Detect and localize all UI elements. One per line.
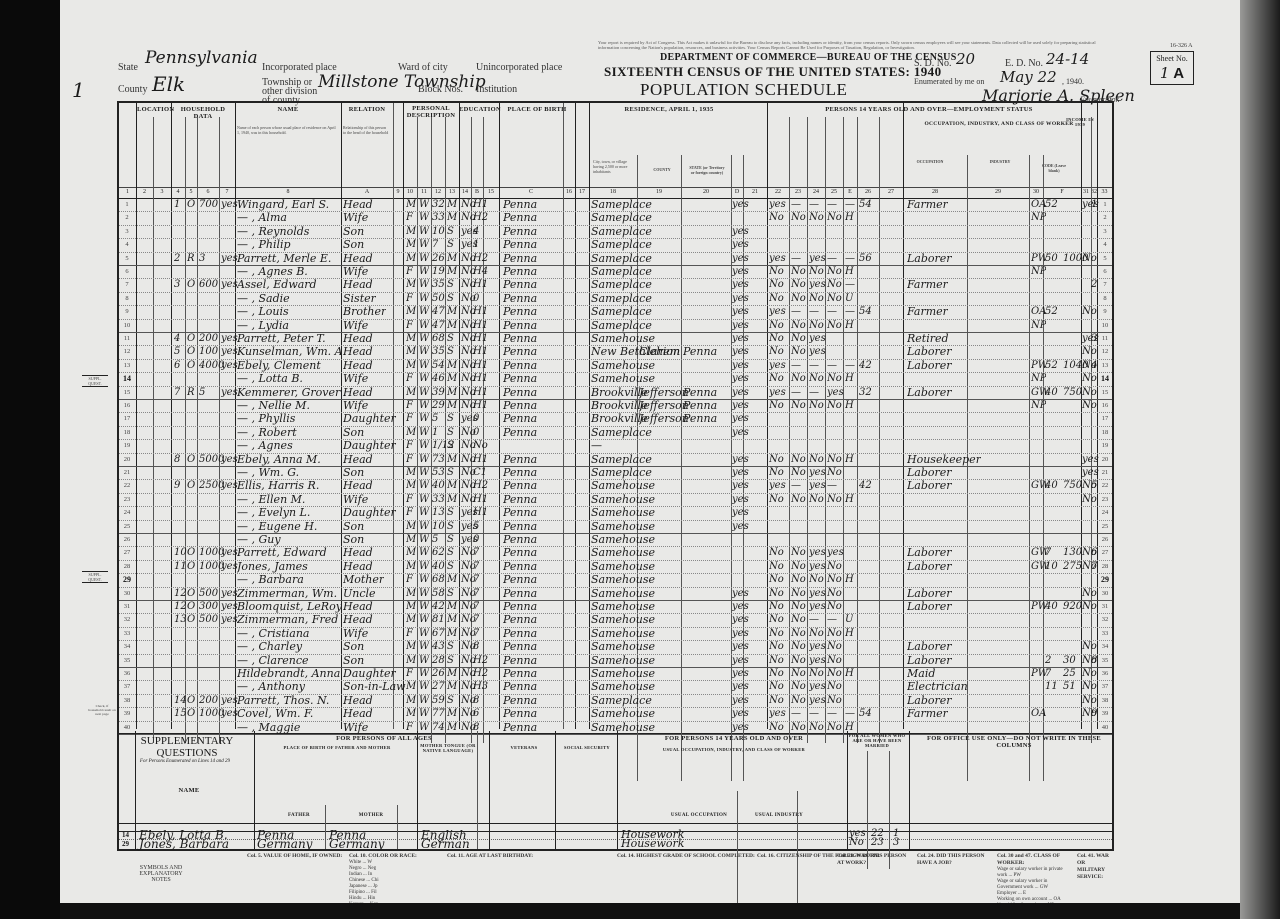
line-number: 39 [119,707,135,720]
line-number: 1 [1097,198,1113,211]
column-number: 3 [153,189,171,195]
cell-farm: yes [221,345,238,358]
line-number: 37 [119,680,135,693]
cell-activity: H [845,493,854,506]
cell-residence: Sameplace [591,198,652,211]
cell-relation: Head [343,345,373,358]
person-name: — , Barbara [237,573,341,586]
cell-race: W [419,292,429,305]
column-number: 8 [235,189,341,195]
cell-family-number: 5 [1091,479,1097,492]
cell-relation: Head [343,278,373,291]
supp-name-head: NAME [149,787,229,794]
cell-pw: yes [809,560,826,573]
table-row: 2929— , BarbaraMotherFW68MNo7PennaSameho… [119,573,1112,587]
cell-sex: M [406,587,416,600]
cell-birth: Penna [503,694,537,707]
cell-house: 9 [174,479,180,492]
cell-hours: 32 [859,386,872,399]
line-number: 10 [119,319,135,332]
cell-work: yes [769,198,786,211]
line-number: 21 [119,466,135,479]
supp-father-head: FATHER [279,813,319,818]
cell-birth: Penna [503,278,537,291]
cell-residence: Samehouse [591,506,655,519]
cell-race: W [419,439,429,452]
cell-class: NP [1031,265,1046,278]
cell-res-state: Penna [683,412,717,425]
column-number: 6 [197,189,219,195]
cell-relation: Wife [343,211,368,224]
cell-work: No [769,345,784,358]
line-number: 19 [1097,439,1113,452]
cell-race: W [419,372,429,385]
cell-onfarm: yes [732,600,749,613]
cell-seek: No [791,694,806,707]
relation-instructions: Relationship of this person to the head … [343,125,389,135]
cell-occupation: Maid [907,667,935,680]
cell-work: yes [769,359,786,372]
cell-residence: Samehouse [591,332,655,345]
cell-sex: F [406,292,413,305]
cell-marital: S [447,533,454,546]
cell-birth: Penna [503,573,537,586]
cell-sex: M [406,533,416,546]
cell-onfarm: yes [732,198,749,211]
cell-grade: No [473,439,488,452]
supp-married-once: No [849,837,864,848]
ward-label: Ward of city [398,62,448,73]
cell-weeks: 40 [1045,386,1058,399]
residence-county-head: COUNTY [647,167,677,172]
check-note: Check, if household result on next page [88,704,116,716]
person-name: Wingard, Earl S. [237,198,341,211]
cell-age: 10 [432,520,445,533]
cell-age: 42 [432,600,445,613]
cell-marital: M [447,600,457,613]
table-row: 1919— , AgnesDaughterFW1/12SNoNo— [119,439,1112,453]
cell-marital: S [447,694,454,707]
cell-weeks: 52 [1045,305,1058,318]
line-number: 32 [1097,613,1113,626]
cell-has-job: — [827,359,837,372]
cell-grade: 7 [473,587,479,600]
cell-onfarm: yes [732,345,749,358]
cell-residence: Samehouse [591,479,655,492]
cell-relation: Daughter [343,506,396,519]
column-number: F [1043,189,1081,195]
cell-age: 19 [432,265,445,278]
line-number: 3 [119,225,135,238]
cell-pw: yes [809,466,826,479]
cell-relation: Head [343,359,373,372]
cell-sex: F [406,372,413,385]
cell-race: W [419,265,429,278]
cell-relation: Head [343,453,373,466]
cell-house: 7 [174,386,180,399]
cell-age: 46 [432,372,445,385]
cell-seek: No [791,453,806,466]
cell-occupation: Electrician [907,680,968,693]
cell-relation: Head [343,707,373,720]
cell-owned: O [187,479,195,492]
section-location: LOCATION [137,106,171,113]
cell-has-job: No [827,654,842,667]
cell-pw: — [809,707,819,720]
cell-birth: Penna [503,479,537,492]
cell-marital: M [447,573,457,586]
cell-value: 5 [199,386,205,399]
cell-race: W [419,225,429,238]
section-household: HOUSEHOLD DATA [171,106,235,120]
table-row: 2020Ebely, Anna M.8O5000yesHeadFW73MNoH1… [119,453,1112,467]
column-number: 17 [575,189,589,195]
cell-seek: — [791,305,801,318]
cell-birth: Penna [503,252,537,265]
cell-race: W [419,412,429,425]
cell-work: No [769,372,784,385]
cell-race: W [419,533,429,546]
cell-race: W [419,707,429,720]
column-number: 25 [825,189,843,195]
cell-marital: S [447,278,454,291]
year-suffix: , 1940. [1062,77,1084,86]
line-number: 7 [119,278,135,291]
table-row: 88— , SadieSisterFW50SNo0PennaSameplacey… [119,292,1112,306]
cell-race: W [419,453,429,466]
column-number: A [341,189,393,195]
line-number: 36 [1097,667,1113,680]
supplementary-title: SUPPLEMENTARY QUESTIONS [137,735,237,759]
column-number: 1 [119,189,136,195]
cell-race: W [419,627,429,640]
person-name: Parrett, Edward [237,546,341,559]
cell-res-state: Penna [683,345,717,358]
line-number: 16 [119,399,135,412]
cell-age: 26 [432,252,445,265]
cell-has-job: — [827,479,837,492]
cell-work: No [769,667,784,680]
cell-onfarm: yes [732,372,749,385]
cell-occupation: Laborer [907,345,952,358]
cell-onfarm: yes [732,506,749,519]
cell-sex: F [406,319,413,332]
note-col14: Col. 14. HIGHEST GRADE OF SCHOOL COMPLET… [617,853,755,860]
cell-onfarm: yes [732,466,749,479]
cell-other: No [1082,252,1097,265]
column-number: 14 [459,189,471,195]
unincorporated-label: Unincorporated place [476,62,562,73]
cell-owned: O [187,560,195,573]
line-number: 34 [119,640,135,653]
cell-occupation: Farmer [907,707,948,720]
cell-pw: No [809,573,824,586]
cell-work: No [769,600,784,613]
line-number: 7 [1097,278,1113,291]
cell-onfarm: yes [732,238,749,251]
cell-has-job: — [827,198,837,211]
cell-sex: F [406,453,413,466]
cell-has-job: No [827,600,842,613]
cell-birth: Penna [503,600,537,613]
cell-residence: Sameplace [591,694,652,707]
cell-activity: H [845,627,854,640]
table-row: 1313Ebely, Clement6O4000yesHeadMW54MNoH1… [119,359,1112,373]
supp-age-first-marriage: 23 [871,837,884,848]
line-number: 31 [119,600,135,613]
cell-other: No [1082,386,1097,399]
cell-has-job: No [827,399,842,412]
class-code: Wage or salary worker in private work ..… [997,867,1071,879]
person-name: — , Anthony [237,680,341,693]
cell-marital: S [447,654,454,667]
line-number: 30 [1097,587,1113,600]
cell-race: W [419,506,429,519]
line-number: 25 [1097,520,1113,533]
cell-work: No [769,560,784,573]
cell-has-job: No [827,667,842,680]
person-name: Parrett, Merle E. [237,252,341,265]
cell-pw: yes [809,546,826,559]
cell-has-job: — [827,613,837,626]
cell-farm: yes [221,694,238,707]
line-number: 9 [1097,305,1113,318]
cell-race: W [419,560,429,573]
cell-seek: — [791,359,801,372]
cell-sex: M [406,479,416,492]
cell-marital: S [447,332,454,345]
cell-pw: — [809,613,819,626]
cell-residence: Samehouse [591,587,655,600]
supplementary-subtitle: For Persons Enumerated on Lines 14 and 2… [121,759,249,764]
column-number: 11 [417,189,431,195]
cell-pw: No [809,265,824,278]
cell-occupation: Laborer [907,546,952,559]
cell-onfarm: yes [732,386,749,399]
divider [417,731,418,849]
cell-activity: — [845,198,855,211]
cell-sex: M [406,640,416,653]
cell-age: 67 [432,627,445,640]
cell-occupation: Laborer [907,386,952,399]
cell-birth: Penna [503,466,537,479]
line-number: 23 [1097,493,1113,506]
cell-relation: Daughter [343,439,396,452]
column-number: 9 [393,189,403,195]
line-number: 8 [1097,292,1113,305]
line-number: 10 [1097,319,1113,332]
cell-value: 300 [199,600,218,613]
column-number: 23 [789,189,807,195]
cell-relation: Head [343,546,373,559]
cell-residence: Samehouse [591,359,655,372]
column-number: 2 [136,189,153,195]
cell-weeks: 52 [1045,198,1058,211]
cell-owned: O [187,278,195,291]
cell-farm: yes [221,560,238,573]
line-number: 11 [1097,332,1113,345]
cell-age: 50 [432,292,445,305]
industry-head: INDUSTRY [975,159,1025,164]
occupation-head: OCCUPATION [905,159,955,164]
cell-onfarm: yes [732,587,749,600]
cell-income: 30 [1063,654,1076,667]
cell-marital: M [447,372,457,385]
cell-birth: Penna [503,613,537,626]
table-row: 2727Parrett, Edward10O1000yesHeadMW62SNo… [119,546,1112,560]
cell-relation: Wife [343,265,368,278]
line-number: 27 [119,546,135,559]
cell-birth: Penna [503,426,537,439]
person-name: — , Lydia [237,319,341,332]
enumerated-label: Enumerated by me on [914,77,984,86]
cell-work: yes [769,479,786,492]
cell-age: 81 [432,613,445,626]
column-number: 20 [681,189,731,195]
cell-has-job: No [827,211,842,224]
line-number: 5 [1097,252,1113,265]
cell-pw: No [809,399,824,412]
cell-age: 54 [432,359,445,372]
cell-farm: yes [221,453,238,466]
column-number: 21 [743,189,767,195]
cell-age: 77 [432,707,445,720]
cell-onfarm: yes [732,613,749,626]
line-number: 26 [1097,533,1113,546]
cell-farm: yes [221,546,238,559]
person-name: — , Agnes B. [237,265,341,278]
cell-sex: F [406,211,413,224]
cell-onfarm: yes [732,225,749,238]
cell-onfarm: yes [732,680,749,693]
line-number: 22 [119,479,135,492]
cell-other: No [1082,399,1097,412]
cell-value: 500 [199,613,218,626]
county-label: County [118,84,147,95]
cell-race: W [419,319,429,332]
line-number: 16 [1097,399,1113,412]
cell-age: 13 [432,506,445,519]
cell-birth: Penna [503,292,537,305]
cell-house: 12 [174,600,187,613]
cell-marital: M [447,198,457,211]
cell-value: 100 [199,345,218,358]
population-table: LOCATION HOUSEHOLD DATA NAME RELATION PE… [117,101,1114,735]
cell-age: 5 [432,412,438,425]
cell-farm: yes [221,587,238,600]
cell-house: 15 [174,707,187,720]
cell-race: W [419,278,429,291]
cell-marital: S [447,225,454,238]
cell-work: No [769,493,784,506]
line-number: 15 [119,386,135,399]
cell-race: W [419,305,429,318]
cell-work: No [769,278,784,291]
cell-income: 51 [1063,680,1076,693]
cell-activity: — [845,278,855,291]
supp-line-number: 14 [122,831,129,839]
supp-social-security: SOCIAL SECURITY [559,745,615,750]
cell-sex: M [406,613,416,626]
cell-race: W [419,493,429,506]
table-header: LOCATION HOUSEHOLD DATA NAME RELATION PE… [119,103,1112,199]
cell-grade: C1 [473,466,487,479]
column-number: 10 [403,189,417,195]
cell-marital: M [447,453,457,466]
cell-other: No [1082,305,1097,318]
person-name: — , Cristiana [237,627,341,640]
cell-occupation: Housekeeper [907,453,981,466]
column-number: 27 [879,189,903,195]
department-title: DEPARTMENT OF COMMERCE—BUREAU OF THE CEN… [660,52,957,63]
line-number: 31 [1097,600,1113,613]
cell-sex: M [406,278,416,291]
sd-value: 20 [956,50,975,68]
table-row: 22— , AlmaWifeFW33MNoH2PennaSameplaceNoN… [119,211,1112,225]
cell-onfarm: yes [732,399,749,412]
cell-grade: 7 [473,560,479,573]
cell-seek: No [791,667,806,680]
page-mark: 1 [72,78,85,102]
cell-work: No [769,694,784,707]
cell-birth: Penna [503,372,537,385]
cell-activity: U [845,292,853,305]
note-col11: Col. 11. AGE AT LAST BIRTHDAY: [447,853,533,860]
cell-relation: Wife [343,319,368,332]
column-number: 22 [767,189,789,195]
cell-residence: Sameplace [591,265,652,278]
cell-has-job: No [827,560,842,573]
cell-house: 3 [174,278,180,291]
cell-activity: H [845,265,854,278]
person-name: — , Charley [237,640,341,653]
cell-residence: Sameplace [591,426,652,439]
cell-family-number: 2 [1091,278,1097,291]
column-number: 18 [589,189,637,195]
cell-pw: yes [809,332,826,345]
line-number: 4 [119,238,135,251]
enumerated-date: May 22 [1000,68,1057,86]
cell-occupation: Laborer [907,694,952,707]
cell-race: W [419,399,429,412]
cell-income: 750 [1063,386,1082,399]
cell-owned: O [187,332,195,345]
cell-grade: 7 [473,573,479,586]
table-row: 3232Zimmerman, Fred13O500yesHeadMW81MNo7… [119,613,1112,627]
cell-relation: Sister [343,292,376,305]
line-number: 6 [1097,265,1113,278]
cell-birth: Penna [503,627,537,640]
cell-race: W [419,613,429,626]
cell-has-job: No [827,453,842,466]
cell-onfarm: yes [732,292,749,305]
cell-sex: M [406,426,416,439]
column-number: 7 [219,189,235,195]
table-row: 3434— , CharleySonMW43SNo8PennaSamehouse… [119,640,1112,654]
cell-residence: Sameplace [591,225,652,238]
supp-mother-head: MOTHER [351,813,391,818]
line-number: 28 [1097,560,1113,573]
cell-relation: Brother [343,305,386,318]
cell-birth: Penna [503,345,537,358]
block-label: Block Nos. [418,84,463,95]
line-number: 14 [1097,372,1113,385]
cell-value: 500 [199,587,218,600]
state-value: Pennsylvania [145,48,258,68]
cell-sex: M [406,225,416,238]
cell-marital: M [447,359,457,372]
cell-owned: O [187,198,195,211]
